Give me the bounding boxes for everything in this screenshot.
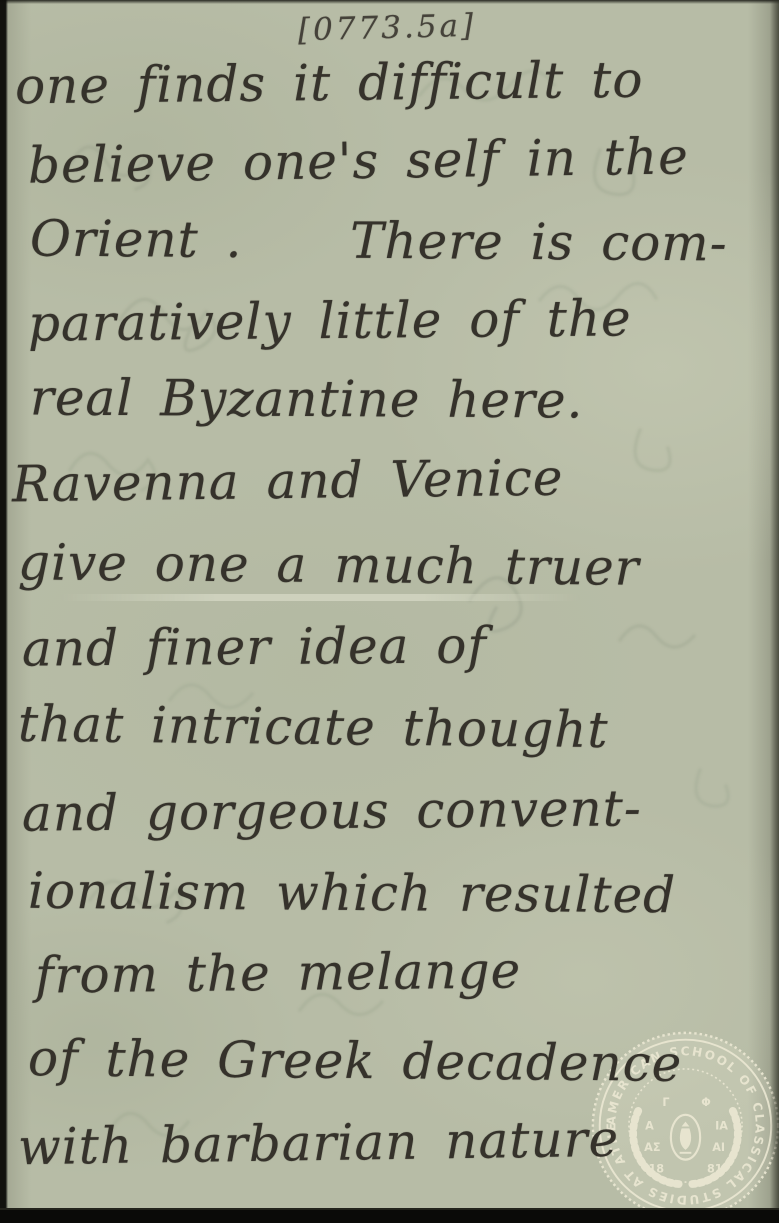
handwritten-line: and gorgeous convent- [22, 783, 642, 838]
scan-edge-right [770, 0, 779, 1223]
scan-edge-bottom [0, 1208, 779, 1223]
handwritten-line: that intricate thought [18, 699, 609, 755]
handwritten-line: with barbarian nature [18, 1114, 620, 1172]
handwriting-block: one finds it difficult to believe one's … [0, 0, 779, 1223]
letter-scan-page: AMERICAN SCHOOL OF CLASSICAL STUDIES AT … [0, 0, 779, 1223]
scan-edge-top [0, 0, 779, 4]
handwritten-line: ionalism which resulted [28, 866, 677, 921]
handwritten-line: and finer idea of [22, 620, 487, 673]
handwritten-line: give one a much truer [18, 537, 640, 592]
handwritten-line: believe one's self in the [28, 131, 689, 190]
handwritten-line: Orient . There is com- [30, 214, 728, 269]
handwritten-line: paratively little of the [28, 293, 632, 348]
handwritten-line: Ravenna and Venice [12, 453, 564, 510]
handwritten-line: real Byzantine here. [30, 373, 584, 426]
handwritten-line: of the Greek decadence [28, 1033, 683, 1089]
handwritten-line: one finds it difficult to [15, 55, 644, 112]
handwritten-line: from the melange [35, 945, 522, 1000]
scan-edge-left [0, 0, 8, 1223]
